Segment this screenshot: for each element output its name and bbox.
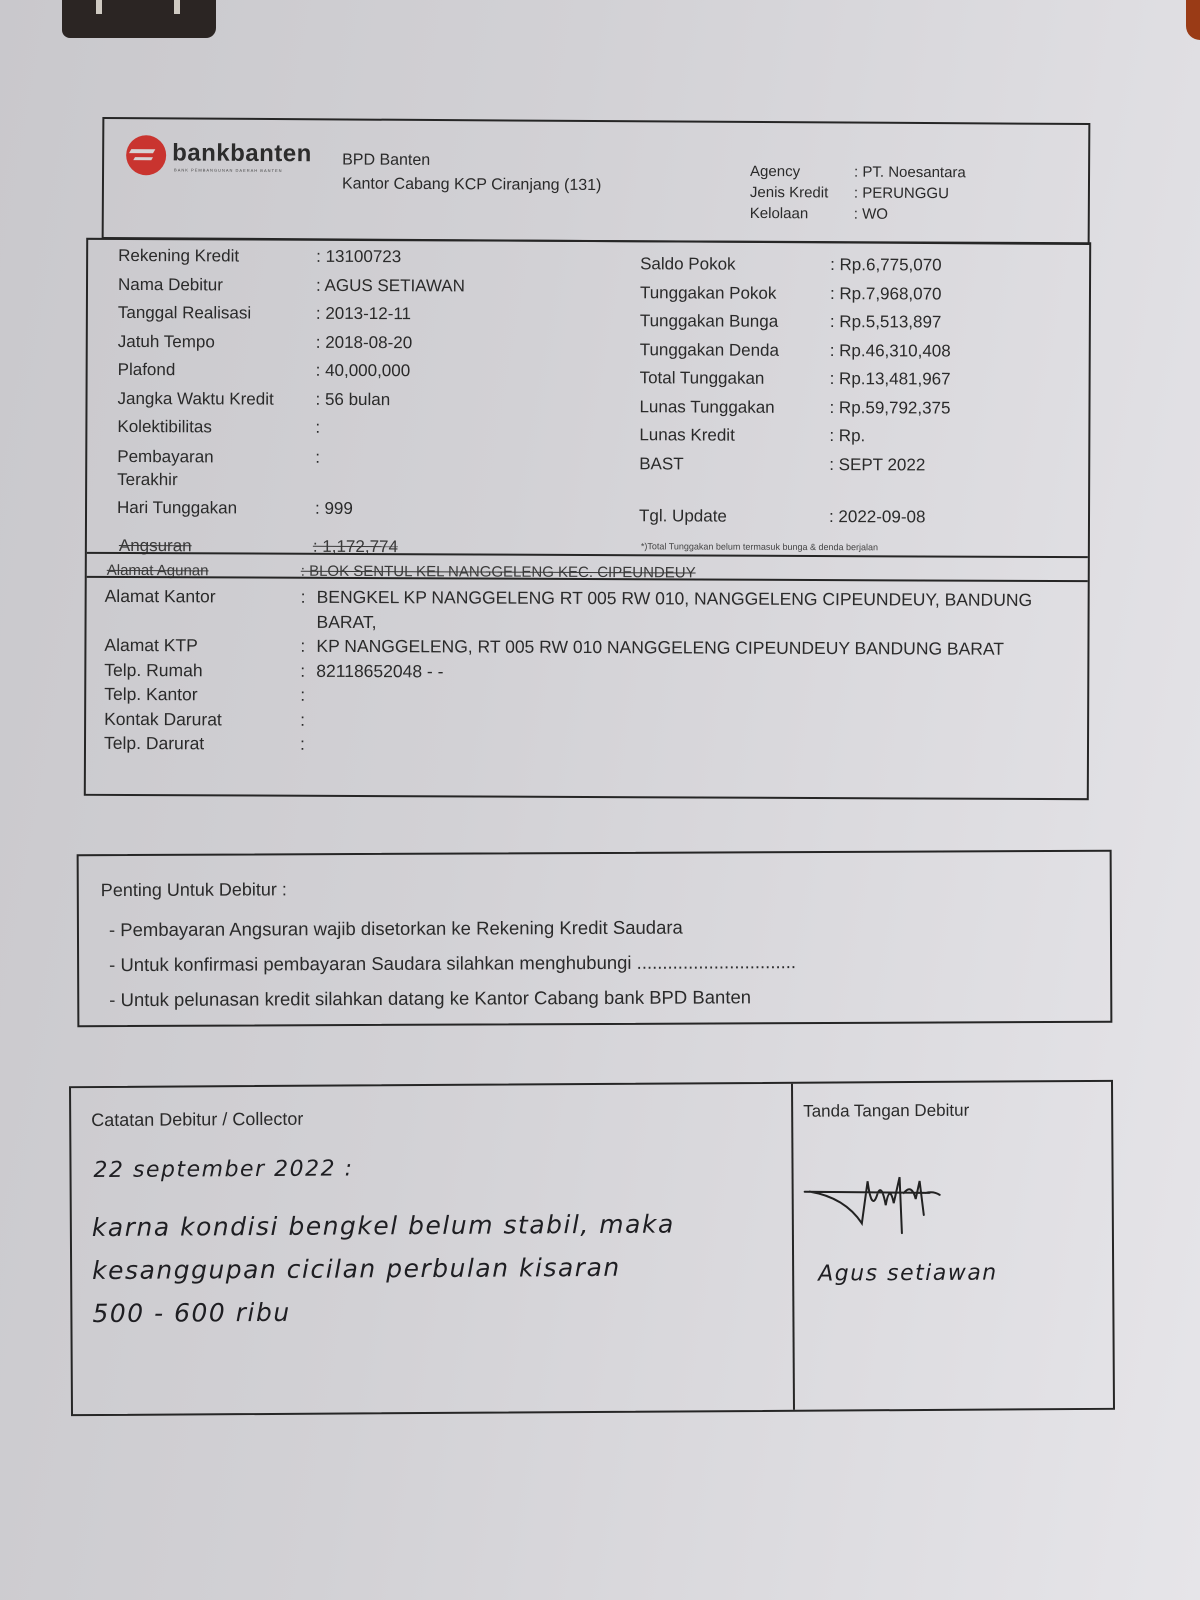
field-label: Tgl. Update (639, 502, 829, 531)
field-label: Tunggakan Denda (640, 336, 830, 365)
loan-left-column: Rekening Kredit: 13100723 Nama Debitur: … (117, 242, 465, 524)
divider-line (87, 552, 1088, 558)
field-row: Jangka Waktu Kredit: 56 bulan (117, 384, 464, 414)
field-row: Lunas Kredit: Rp. (639, 421, 950, 451)
background-object (1186, 0, 1200, 40)
field-value: : 999 (315, 494, 353, 523)
field-value: : 56 bulan (315, 385, 390, 414)
field-row: BAST: SEPT 2022 (639, 450, 950, 480)
signature-icon (799, 1153, 1000, 1254)
note-line: kesanggupan cicilan perbulan kisaran (92, 1245, 782, 1292)
field-label: Rekening Kredit (118, 242, 316, 271)
field-label: Kolektibilitas (117, 413, 315, 442)
field-row: Hari Tunggakan: 999 (117, 493, 464, 523)
contact-row: Telp. Darurat: (104, 731, 1056, 760)
header-box: bankbanten BANK PEMBANGUNAN DAERAH BANTE… (102, 117, 1091, 245)
important-notice-box: Penting Untuk Debitur : - Pembayaran Ang… (77, 850, 1113, 1028)
contact-label: Alamat Kantor (104, 584, 300, 634)
field-label: Tunggakan Pokok (640, 279, 830, 308)
field-value: : 13100723 (316, 243, 401, 272)
field-value: : Rp. (829, 422, 865, 451)
meta-label: Agency (750, 161, 854, 183)
meta-label: Kelolaan (750, 203, 854, 225)
notice-title: Penting Untuk Debitur : (101, 879, 287, 901)
meta-row: Jenis Kredit: PERUNGGU (750, 182, 966, 204)
field-value: : 2022-09-08 (829, 503, 926, 532)
notice-item: - Untuk konfirmasi pembayaran Saudara si… (109, 944, 796, 982)
field-label: Tunggakan Bunga (640, 307, 830, 336)
binder-clip (62, 0, 216, 38)
field-value: : Rp.46,310,408 (830, 337, 951, 366)
contact-label: Telp. Darurat (104, 731, 300, 756)
field-label: Plafond (118, 356, 316, 385)
contact-label: Alamat KTP (104, 633, 300, 658)
field-row: Plafond: 40,000,000 (118, 356, 465, 386)
notice-list: - Pembayaran Angsuran wajib disetorkan k… (109, 909, 796, 1017)
field-row: Tgl. Update: 2022-09-08 (639, 502, 950, 532)
field-label: Lunas Tunggakan (639, 393, 829, 422)
field-row: Tunggakan Bunga: Rp.5,513,897 (640, 307, 951, 337)
field-row: Rekening Kredit: 13100723 (118, 242, 465, 272)
meta-value: : PERUNGGU (854, 183, 949, 205)
bank-logo-icon (126, 135, 166, 175)
brand-name: bankbanten (172, 139, 312, 168)
field-value: : Rp.5,513,897 (830, 308, 942, 337)
field-row: Nama Debitur: AGUS SETIAWAN (118, 270, 465, 300)
field-value: : 40,000,000 (316, 357, 411, 386)
field-row: Lunas Tunggakan: Rp.59,792,375 (639, 393, 950, 423)
handwritten-name: Agus setiawan (818, 1261, 998, 1287)
field-value: : Rp.13,481,967 (830, 365, 951, 394)
footnote: *)Total Tunggakan belum termasuk bunga &… (641, 541, 878, 552)
contact-value: KP NANGGELENG, RT 005 RW 010 NANGGELENG … (316, 634, 1056, 662)
field-label: Jangka Waktu Kredit (117, 384, 315, 413)
field-label: Tanggal Realisasi (118, 299, 316, 328)
note-line: karna kondisi bengkel belum stabil, maka (92, 1202, 782, 1249)
header-meta: Agency: PT. Noesantara Jenis Kredit: PER… (750, 161, 966, 225)
contact-label: Telp. Kantor (104, 682, 300, 707)
contact-value (316, 707, 1056, 735)
field-value: : (315, 414, 320, 443)
notice-item: - Pembayaran Angsuran wajib disetorkan k… (109, 909, 796, 947)
field-label: Saldo Pokok (640, 250, 830, 279)
contact-label: Telp. Rumah (104, 657, 300, 682)
org-block: BPD Banten Kantor Cabang KCP Ciranjang (… (342, 148, 602, 198)
field-row: Total Tunggakan: Rp.13,481,967 (640, 364, 951, 394)
meta-row: Agency: PT. Noesantara (750, 161, 966, 183)
meta-label: Jenis Kredit (750, 182, 854, 204)
field-value: : Rp.6,775,070 (830, 251, 942, 280)
field-row: Tunggakan Denda: Rp.46,310,408 (640, 336, 951, 366)
field-label: Jatuh Tempo (118, 327, 316, 356)
signature-title: Tanda Tangan Debitur (803, 1101, 969, 1122)
branch-name: Kantor Cabang KCP Ciranjang (131) (342, 172, 602, 198)
field-value: : 2018-08-20 (316, 328, 413, 357)
field-row: Pembayaran Terakhir: (117, 441, 464, 495)
field-label: BAST (639, 450, 829, 479)
field-row: Saldo Pokok: Rp.6,775,070 (640, 250, 951, 280)
notice-item: - Untuk pelunasan kredit silahkan datang… (109, 979, 796, 1017)
field-label: Total Tunggakan (640, 364, 830, 393)
contact-value: BENGKEL KP NANGGELENG RT 005 RW 010, NAN… (316, 585, 1056, 637)
field-label: Nama Debitur (118, 270, 316, 299)
handwritten-note: karna kondisi bengkel belum stabil, maka… (92, 1202, 783, 1335)
field-value: : Rp.7,968,070 (830, 280, 942, 309)
brand-tagline: BANK PEMBANGUNAN DAERAH BANTEN (174, 167, 282, 173)
notes-title: Catatan Debitur / Collector (91, 1109, 303, 1131)
loan-details-box: Rekening Kredit: 13100723 Nama Debitur: … (84, 238, 1091, 800)
field-value: : 2013-12-11 (316, 300, 411, 329)
contact-value (316, 683, 1056, 711)
field-label: Pembayaran Terakhir (117, 444, 267, 491)
field-value: : Rp.59,792,375 (829, 394, 950, 423)
field-row: Kolektibilitas: (117, 413, 464, 443)
meta-row: Kelolaan: WO (750, 203, 966, 225)
field-value: : (315, 445, 320, 491)
handwritten-date: 22 september 2022 : (93, 1156, 353, 1183)
contact-row: Alamat Kantor:BENGKEL KP NANGGELENG RT 0… (104, 584, 1056, 637)
org-name: BPD Banten (342, 148, 602, 174)
field-label: Hari Tunggakan (117, 493, 315, 522)
field-row: Tanggal Realisasi: 2013-12-11 (118, 299, 465, 329)
note-line: 500 - 600 ribu (92, 1288, 782, 1335)
contact-label: Kontak Darurat (104, 706, 300, 731)
notes-box: Catatan Debitur / Collector 22 september… (69, 1080, 1115, 1416)
column-divider (791, 1084, 795, 1410)
contact-value (316, 732, 1056, 760)
field-row: Tunggakan Pokok: Rp.7,968,070 (640, 279, 951, 309)
field-row: Jatuh Tempo: 2018-08-20 (118, 327, 465, 357)
contact-section: Alamat Kantor:BENGKEL KP NANGGELENG RT 0… (104, 584, 1057, 760)
contact-value: 82118652048 - - (316, 658, 1056, 686)
field-label: Lunas Kredit (639, 421, 829, 450)
field-value: : SEPT 2022 (829, 451, 925, 480)
loan-right-column: Saldo Pokok: Rp.6,775,070 Tunggakan Poko… (639, 250, 951, 532)
meta-value: : WO (854, 204, 888, 225)
field-value: : AGUS SETIAWAN (316, 271, 465, 300)
meta-value: : PT. Noesantara (854, 162, 966, 184)
